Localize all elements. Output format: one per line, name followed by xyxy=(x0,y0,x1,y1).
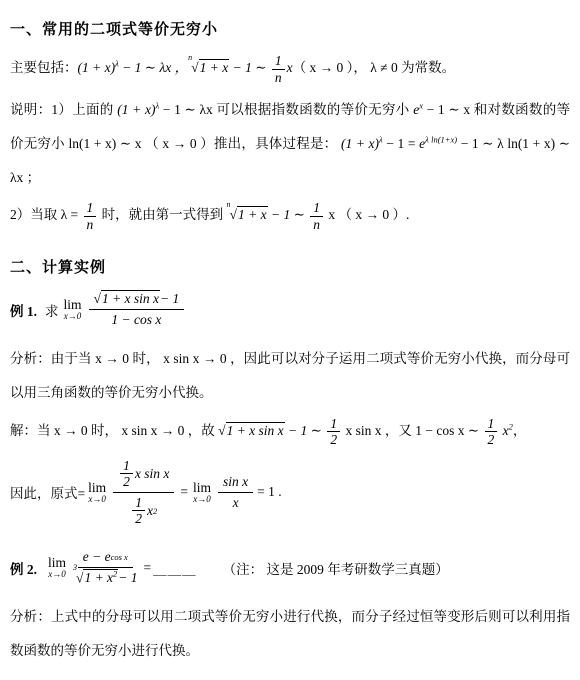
radical-index: 3 xyxy=(73,563,77,572)
fraction-denominator: 2 xyxy=(485,432,498,448)
math-run: − 1 ∼ xyxy=(229,60,270,75)
exponent: 2 xyxy=(153,507,157,516)
limit-operator: limx→0 xyxy=(64,298,82,322)
fraction-numerator: 1 xyxy=(310,200,323,217)
fraction: 1n xyxy=(84,200,97,232)
answer-blank: ＿＿＿ xyxy=(153,558,197,578)
text-run: 说明：1）上面的 xyxy=(10,102,117,117)
nested-fraction: 12 xyxy=(120,458,133,490)
fraction-numerator: 12 x sin x xyxy=(113,458,174,493)
fraction-numerator: √1 + x sin x − 1 xyxy=(89,291,185,310)
text-run: x sin x ，又 1 − cos x ∼ xyxy=(342,423,482,438)
text-run: 解：当 x → 0 时， x sin x → 0 ，故 xyxy=(10,423,218,438)
fraction-numerator: sin x xyxy=(218,474,253,493)
fraction-numerator: 1 xyxy=(327,416,340,433)
radical-sign-icon: √ xyxy=(94,291,101,306)
square-root: √1 + x sin x xyxy=(218,422,285,438)
radicand: 1 + x2 xyxy=(83,569,118,585)
fraction: sin xx xyxy=(218,474,253,511)
fraction: √1 + x sin x − 11 − cos x xyxy=(89,291,185,328)
text-run: 主要包括： xyxy=(10,60,78,75)
radical-index: n xyxy=(188,53,192,62)
explanation-paragraph: 说明：1）上面的 (1 + x)λ − 1 ∼ λx 可以根据指数函数的等价无穷… xyxy=(10,93,570,194)
solution-line: 解：当 x → 0 时， x sin x → 0 ，故 √1 + x sin x… xyxy=(10,416,570,448)
fraction-numerator: 1 xyxy=(132,495,145,512)
main-formula-line: 主要包括：(1 + x)λ − 1 ∼ λx ，n√1 + x − 1 ∼ 1n… xyxy=(10,53,570,85)
radical-sign-icon: √ xyxy=(230,207,237,222)
section2-title: 二、计算实例 xyxy=(10,256,570,277)
source-note: （注： 这是 2009 年考研数学三真题） xyxy=(223,558,449,578)
limit-op-text: lim xyxy=(88,481,106,495)
math-run: e − e xyxy=(83,549,111,565)
radical-sign-icon: √ xyxy=(218,423,225,438)
fraction-numerator: 1 xyxy=(485,416,498,433)
exponent: λ ln(1+x) xyxy=(425,134,457,144)
fraction-numerator: 1 xyxy=(272,53,285,70)
example1-formula: 例 1.求limx→0√1 + x sin x − 11 − cos x xyxy=(10,291,570,328)
math-run: x xyxy=(499,423,508,438)
limit-operator: limx→0 xyxy=(88,481,106,505)
text-run: 求 xyxy=(45,300,59,320)
radicand: 1 + x xyxy=(237,206,268,222)
fraction: e − ecos x3√1 + x2 − 1 xyxy=(73,549,138,587)
limit-op-text: lim xyxy=(48,556,66,570)
fraction-denominator: n xyxy=(310,217,323,233)
radicand: 1 + x xyxy=(199,59,230,75)
limit-subscript: x→0 xyxy=(193,495,211,504)
fraction-denominator: n xyxy=(84,217,97,233)
fraction-numerator: e − ecos x xyxy=(78,549,133,568)
text-run: = xyxy=(180,484,188,500)
fraction: 12 x sin x12 x2 xyxy=(113,458,174,527)
limit-subscript: x→0 xyxy=(88,495,106,504)
text-run: 2）当取 λ = xyxy=(10,207,82,222)
example-label: 例 1. xyxy=(10,300,37,320)
text-run: x （ x → 0 ）. xyxy=(325,207,409,222)
fraction: 1n xyxy=(310,200,323,232)
limit-operator: limx→0 xyxy=(48,556,66,580)
math-run: 1 + x xyxy=(84,570,113,585)
example2-formula: 例 2.limx→0e − ecos x3√1 + x2 − 1=＿＿＿（注： … xyxy=(10,549,570,587)
limit-operator: limx→0 xyxy=(193,481,211,505)
example1-final-equation: 因此，原式=limx→012 x sin x12 x2 = limx→0sin … xyxy=(10,458,570,527)
text-run: 时，就由第一式得到 xyxy=(98,207,226,222)
radical-sign-icon: √ xyxy=(191,60,198,75)
section1-title: 一、常用的二项式等价无穷小 xyxy=(10,18,570,39)
math-run: (1 + x) xyxy=(341,136,379,151)
fraction-denominator: n xyxy=(272,70,285,86)
text-run: 因此，原式= xyxy=(10,482,85,502)
fraction-denominator: x xyxy=(233,493,239,511)
fraction-denominator: 12 x2 xyxy=(130,493,157,527)
radicand: 1 + x sin x xyxy=(101,290,160,306)
math-run: − 1 ∼ xyxy=(285,423,326,438)
fraction-denominator: 3√1 + x2 − 1 xyxy=(73,568,138,587)
case2-line: 2）当取 λ = 1n 时，就由第一式得到 n√1 + x − 1 ∼ 1n x… xyxy=(10,200,570,232)
text-run: − 1 = xyxy=(383,136,419,151)
square-root: √1 + x sin x xyxy=(94,291,161,307)
fraction: 12 xyxy=(485,416,498,448)
text-run: = 1 . xyxy=(257,484,282,500)
math-run: − 1 xyxy=(118,570,137,586)
math-run: x sin x xyxy=(135,466,170,482)
limit-subscript: x→0 xyxy=(64,312,82,321)
exponent: 2 xyxy=(113,569,117,579)
nested-fraction: 12 xyxy=(132,495,145,527)
nth-root: 3√1 + x2 xyxy=(73,570,118,587)
text-run: = xyxy=(144,560,152,576)
fraction-numerator: 1 xyxy=(120,458,133,475)
example-label: 例 2. xyxy=(10,558,37,578)
text-run: （ x → 0 ）， λ ≠ 0 为常数。 xyxy=(293,60,455,75)
exponent: cos x xyxy=(111,553,128,562)
fraction: 12 xyxy=(327,416,340,448)
math-run: − 1 ∼ λx ， xyxy=(119,60,188,75)
example2-analysis: 分析：上式中的分母可以用二项式等价无穷小进行代换，而分子经过恒等变形后则可以利用… xyxy=(10,600,570,668)
document-page: 一、常用的二项式等价无穷小 主要包括：(1 + x)λ − 1 ∼ λx ，n√… xyxy=(0,0,580,680)
math-run: − 1 ∼ xyxy=(268,207,309,222)
fraction-numerator: 1 xyxy=(84,200,97,217)
radicand: 1 + x sin x xyxy=(226,422,285,438)
example1-analysis: 分析：由于当 x → 0 时， x sin x → 0 ，因此可以对分子运用二项… xyxy=(10,342,570,410)
text-run: ， xyxy=(513,423,527,438)
text-run: − 1 ∼ λx 可以根据指数函数的等价无穷小 xyxy=(159,102,413,117)
math-run: (1 + x) xyxy=(117,102,155,117)
math-run: − 1 xyxy=(160,291,179,307)
radical-index: n xyxy=(227,200,231,209)
fraction-denominator: 2 xyxy=(132,511,145,527)
fraction-denominator: 1 − cos x xyxy=(111,310,161,328)
fraction-denominator: 2 xyxy=(120,474,133,490)
math-run: (1 + x) xyxy=(78,60,116,75)
nth-root: n√1 + x xyxy=(188,60,229,75)
fraction-denominator: 2 xyxy=(327,432,340,448)
fraction: 1n xyxy=(272,53,285,85)
limit-subscript: x→0 xyxy=(48,570,66,579)
limit-op-text: lim xyxy=(193,481,211,495)
nth-root: n√1 + x xyxy=(227,207,268,222)
limit-op-text: lim xyxy=(64,298,82,312)
